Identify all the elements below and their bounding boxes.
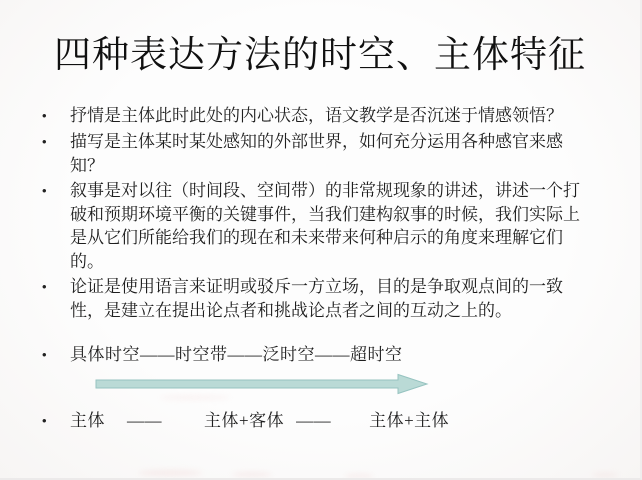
bullet-dot: • <box>42 409 70 433</box>
watermark-smudge <box>592 473 618 477</box>
bullet-item-subject-progression: • 主体 —— 主体+客体 —— 主体+主体 <box>42 409 594 433</box>
bullet-dot: • <box>42 104 70 128</box>
slide-body: • 抒情是主体此时此处的内心状态，语文教学是否沉迷于情感领悟？ • 描写是主体某… <box>42 104 594 435</box>
bullet-dot: • <box>42 130 70 177</box>
bullet-item-spacetime-progression: • 具体时空——时空带——泛时空——超时空 <box>42 343 594 367</box>
dash-separator: —— <box>296 409 331 433</box>
dash-separator: —— <box>127 409 162 433</box>
bullet-text: 描写是主体某时某处感知的外部世界，如何充分运用各种感官来感知？ <box>70 130 594 177</box>
subject-progression-text: 主体 —— 主体+客体 —— 主体+主体 <box>70 409 594 433</box>
watermark-smudge <box>344 474 374 478</box>
bullet-dot: • <box>42 343 70 367</box>
bullet-text: 论证是使用语言来证明或驳斥一方立场，目的是争取观点间的一致性，是建立在提出论点者… <box>70 275 594 322</box>
presentation-slide: 四种表达方法的时空、主体特征 • 抒情是主体此时此处的内心状态，语文教学是否沉迷… <box>0 0 642 480</box>
watermark-smudge <box>160 395 230 400</box>
right-arrow-icon <box>94 372 430 396</box>
spacetime-progression-text: 具体时空——时空带——泛时空——超时空 <box>70 343 594 367</box>
watermark-smudge <box>232 472 272 477</box>
watermark-smudge <box>138 470 202 476</box>
subject-segment: 主体 <box>70 409 105 433</box>
bullet-dot: • <box>42 179 70 273</box>
bullet-item-lyric: • 抒情是主体此时此处的内心状态，语文教学是否沉迷于情感领悟？ <box>42 104 594 128</box>
bullet-text: 抒情是主体此时此处的内心状态，语文教学是否沉迷于情感领悟？ <box>70 104 594 128</box>
bullet-text: 叙事是对以往（时间段、空间带）的非常规现象的讲述，讲述一个打破和预期环境平衡的关… <box>70 179 594 273</box>
progression-arrow-row <box>94 372 594 396</box>
slide-title: 四种表达方法的时空、主体特征 <box>0 24 640 78</box>
bullet-dot: • <box>42 275 70 322</box>
bullet-item-description: • 描写是主体某时某处感知的外部世界，如何充分运用各种感官来感知？ <box>42 130 594 177</box>
subject-segment: 主体+客体 <box>204 409 284 433</box>
bullet-item-argumentation: • 论证是使用语言来证明或驳斥一方立场，目的是争取观点间的一致性，是建立在提出论… <box>42 275 594 322</box>
subject-segment: 主体+主体 <box>369 409 449 433</box>
bullet-item-narration: • 叙事是对以往（时间段、空间带）的非常规现象的讲述，讲述一个打破和预期环境平衡… <box>42 179 594 273</box>
